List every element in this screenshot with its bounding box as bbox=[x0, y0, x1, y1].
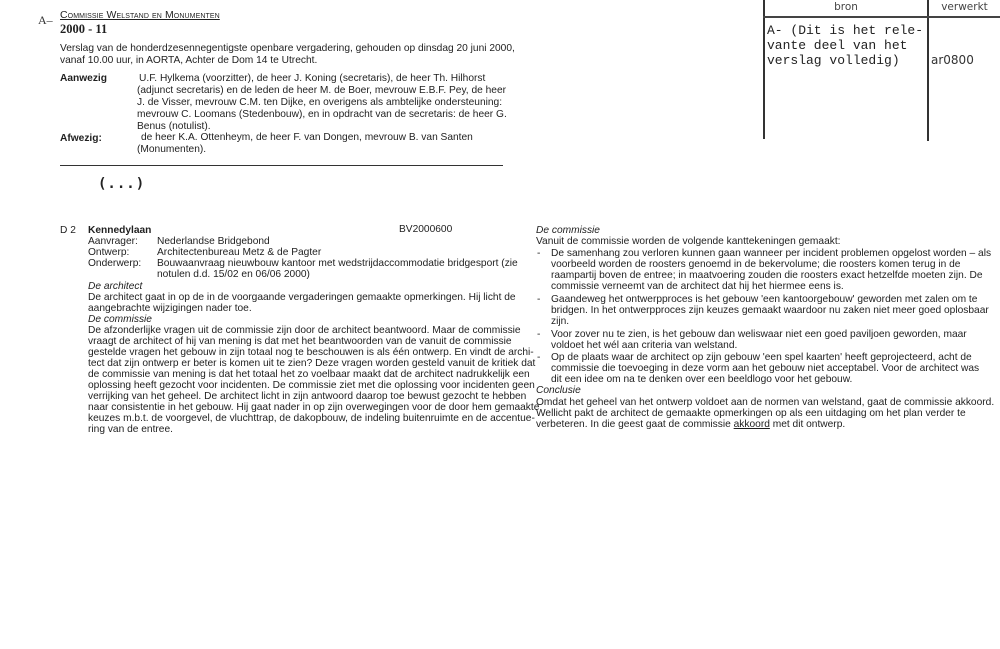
bullet-mark: - bbox=[537, 352, 540, 363]
present-line: J. de Visser, mevrouw C.M. ten Dijke, en… bbox=[137, 97, 502, 108]
present-line: mevrouw C. Loomans (Stedenbouw), en in o… bbox=[137, 109, 507, 120]
conclusion-line: Omdat het geheel van het ontwerp voldoet… bbox=[536, 397, 994, 408]
column-header-source: bron bbox=[765, 1, 927, 13]
bullet-1-line: voorbeeld worden de roosters genoemd in … bbox=[551, 259, 960, 270]
bullet-2-line: Gaandeweg het ontwerpproces is het gebou… bbox=[551, 294, 977, 305]
absent-line: de heer K.A. Ottenheym, de heer F. van D… bbox=[141, 132, 473, 143]
field-value-design: Architectenbureau Metz & de Pagter bbox=[157, 247, 321, 258]
architect-text-line: aangebrachte wijzigingen nader toe. bbox=[88, 303, 252, 314]
bullet-mark: - bbox=[537, 294, 540, 305]
absent-line: (Monumenten). bbox=[137, 144, 206, 155]
source-note-line: verslag volledig) bbox=[767, 53, 923, 68]
field-value-subject: Bouwaanvraag nieuwbouw kantoor met wedst… bbox=[157, 258, 518, 269]
table-left-border bbox=[763, 0, 765, 139]
source-note-line: vante deel van het bbox=[767, 38, 923, 53]
commission-text-line: De afzonderlijke vragen uit de commissie… bbox=[88, 325, 521, 336]
right-intro: Vanuit de commissie worden de volgende k… bbox=[536, 236, 841, 247]
column-header-processed: verwerkt bbox=[929, 1, 1000, 13]
intro-line-1: Verslag van de honderdzesennegentigste o… bbox=[60, 43, 515, 54]
bullet-4-line: commissie die toevoeging in deze vorm aa… bbox=[551, 363, 979, 374]
source-note-line: A- (Dit is het rele- bbox=[767, 23, 923, 38]
bullet-1-line: commissie verneemt van de architect dat … bbox=[551, 281, 844, 292]
bullet-2-line: bridgen. In het ontwerpproces zijn keuze… bbox=[551, 305, 989, 316]
margin-marker: A– bbox=[38, 13, 53, 28]
commission-text-line: naar consistentie in het gebouw. Hij gaa… bbox=[88, 402, 539, 413]
bullet-4-line: dit een idee om na te denken over een be… bbox=[551, 374, 852, 385]
commission-text-line: de commissie van mening is dat het totaa… bbox=[88, 369, 530, 380]
item-reference: BV2000600 bbox=[399, 224, 452, 235]
field-label-design: Ontwerp: bbox=[88, 247, 129, 258]
bullet-1-line: De samenhang zou verloren kunnen gaan wa… bbox=[551, 248, 991, 259]
present-line: Benus (notulist). bbox=[137, 121, 211, 132]
bullet-mark: - bbox=[537, 329, 540, 340]
conclusion-line: Wellicht pakt de architect de gemaakte o… bbox=[536, 408, 966, 419]
commission-text-line: ring van de entree. bbox=[88, 424, 173, 435]
field-value-applicant: Nederlandse Bridgebond bbox=[157, 236, 270, 247]
bullet-3-line: Voor zover nu te zien, is het gebouw dan… bbox=[551, 329, 967, 340]
processed-code: ar0800 bbox=[931, 53, 974, 67]
source-note: A- (Dit is het rele- vante deel van het … bbox=[767, 23, 923, 68]
report-number: 2000 - 11 bbox=[60, 22, 107, 36]
commission-text-line: gestelde vragen het gebouw in zijn totaa… bbox=[88, 347, 534, 358]
commission-text-line: oplossing heeft gezocht voor incidenten.… bbox=[88, 380, 535, 391]
field-value-subject-cont: notulen d.d. 15/02 en 06/06 2000) bbox=[157, 269, 310, 280]
bullet-1-line: raampartij boven de entree; in maatvoeri… bbox=[551, 270, 983, 281]
architect-heading: De architect bbox=[88, 281, 142, 292]
bullet-2-line: zijn. bbox=[551, 316, 569, 327]
bullet-mark: - bbox=[537, 248, 540, 259]
conclusion-heading: Conclusie bbox=[536, 385, 581, 396]
commission-text-line: tect dat zijn ontwerp er beter is komen … bbox=[88, 358, 535, 369]
field-label-applicant: Aanvrager: bbox=[88, 236, 138, 247]
bullet-3-line: voldoet het wél aan criteria van welstan… bbox=[551, 340, 737, 351]
present-label: Aanwezig bbox=[60, 73, 107, 84]
table-header-divider bbox=[763, 16, 1000, 18]
present-line: (adjunct secretaris) en de leden de heer… bbox=[137, 85, 506, 96]
bullet-4-line: Op de plaats waar de architect op zijn g… bbox=[551, 352, 972, 363]
table-column-divider bbox=[927, 0, 929, 141]
header-divider bbox=[60, 165, 503, 166]
omission-ellipsis: (...) bbox=[98, 176, 145, 192]
right-commission-heading: De commissie bbox=[536, 225, 600, 236]
item-code: D 2 bbox=[60, 225, 76, 236]
conclusion-approved-underlined: akkoord bbox=[734, 419, 770, 430]
conclusion-text: verbeteren. In die geest gaat de commiss… bbox=[536, 419, 734, 430]
commission-heading: De commissie bbox=[88, 314, 152, 325]
conclusion-text: met dit ontwerp. bbox=[770, 419, 845, 430]
present-line: U.F. Hylkema (voorzitter), de heer J. Ko… bbox=[139, 73, 485, 84]
conclusion-line-last: verbeteren. In die geest gaat de commiss… bbox=[536, 419, 845, 430]
field-label-subject: Onderwerp: bbox=[88, 258, 141, 269]
commission-text-line: keuzes m.b.t. de voorgevel, de vluchttra… bbox=[88, 413, 535, 424]
architect-text-line: De architect gaat in op de in de voorgaa… bbox=[88, 292, 516, 303]
commission-text-line: vraagt de architect of hij van mening is… bbox=[88, 336, 512, 347]
intro-line-2: vanaf 10.00 uur, in AORTA, Achter de Dom… bbox=[60, 55, 317, 66]
absent-label: Afwezig: bbox=[60, 133, 102, 144]
organization-name: Commissie Welstand en Monumenten bbox=[60, 10, 220, 21]
item-title: Kennedylaan bbox=[88, 225, 151, 236]
commission-text-line: verrijking van het geheel. De architect … bbox=[88, 391, 526, 402]
